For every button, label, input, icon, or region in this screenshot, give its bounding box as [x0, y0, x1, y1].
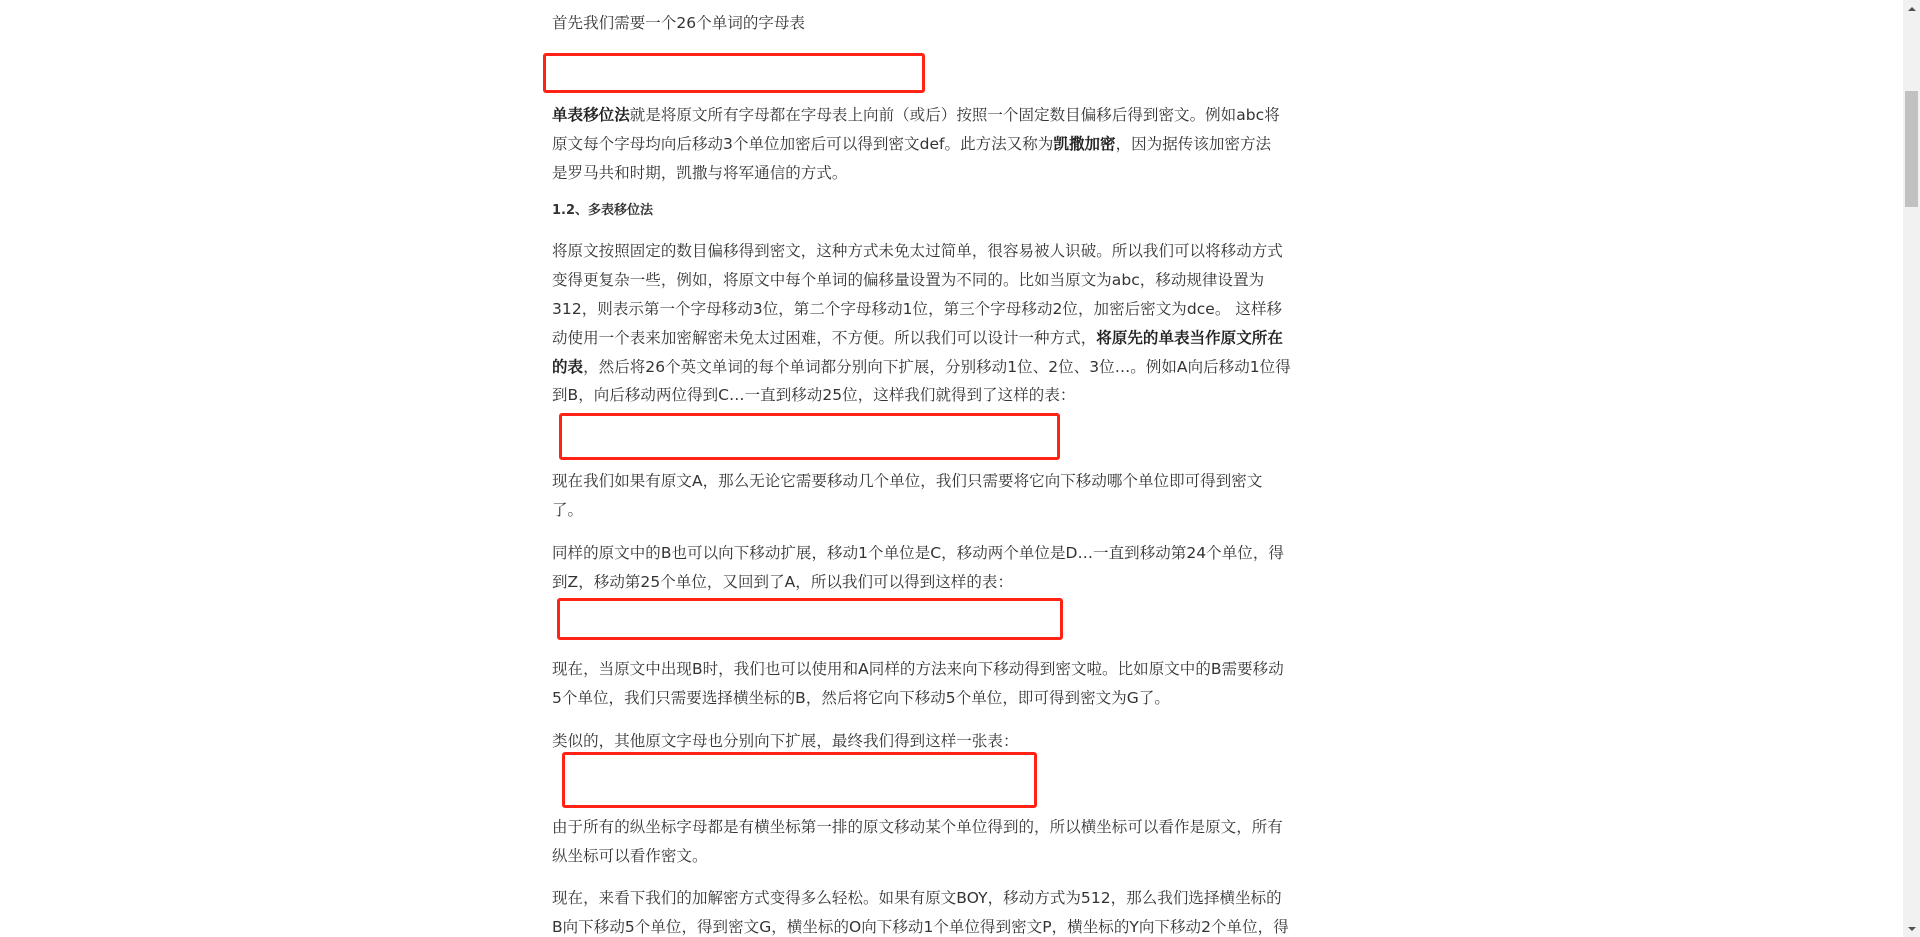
- image-placeholder-full-table: [562, 752, 1037, 808]
- paragraph-line: 现在，当原文中出现B时，我们也可以使用和A同样的方法来向下移动得到密文啦。比如原…: [552, 659, 1352, 679]
- vertical-scrollbar[interactable]: [1903, 0, 1920, 937]
- paragraph-line: 变得更复杂一些，例如，将原文中每个单词的偏移量设置为不同的。比如当原文为abc，…: [552, 270, 1352, 290]
- paragraph-line: 现在，来看下我们的加解密方式变得多么轻松。如果有原文BOY，移动方式为512，那…: [552, 888, 1352, 908]
- paragraph-line: 动使用一个表来加密解密未免太过困难，不方便。所以我们可以设计一种方式，将原先的单…: [552, 328, 1352, 348]
- paragraph-line: 纵坐标可以看作密文。: [552, 846, 1352, 866]
- paragraph-line: 312，则表示第一个字母移动3位，第二个字母移动1位，第三个字母移动2位，加密后…: [552, 299, 1352, 319]
- arrow-down-icon: [1908, 927, 1916, 931]
- section-heading: 1.2、多表移位法: [552, 202, 653, 220]
- paragraph-line: 单表移位法就是将原文所有字母都在字母表上向前（或后）按照一个固定数目偏移后得到密…: [552, 105, 1352, 125]
- paragraph-line: 的表，然后将26个英文单词的每个单词都分别向下扩展，分别移动1位、2位、3位…。…: [552, 357, 1352, 377]
- bold-term: 单表移位法: [552, 106, 630, 124]
- arrow-up-icon: [1908, 7, 1916, 11]
- bold-term: 将原先的单表当作原文所在: [1096, 329, 1283, 347]
- paragraph-line: 到B，向后移动两位得到C…一直到移动25位，这样我们就得到了这样的表：: [552, 385, 1352, 405]
- image-placeholder-table-b: [557, 598, 1063, 640]
- article-content: 首先我们需要一个26个单词的字母表 单表移位法就是将原文所有字母都在字母表上向前…: [0, 0, 1903, 937]
- paragraph-line: B向下移动5个单位，得到密文G，横坐标的O向下移动1个单位得到密文P，横坐标的Y…: [552, 917, 1352, 937]
- paragraph-line: 同样的原文中的B也可以向下移动扩展，移动1个单位是C，移动两个单位是D…一直到移…: [552, 543, 1352, 563]
- paragraph-line: 由于所有的纵坐标字母都是有横坐标第一排的原文移动某个单位得到的，所以横坐标可以看…: [552, 817, 1352, 837]
- paragraph-line: 将原文按照固定的数目偏移得到密文，这种方式未免太过简单，很容易被人识破。所以我们…: [552, 241, 1352, 261]
- paragraph-line: 到Z，移动第25个单位，又回到了A，所以我们可以得到这样的表：: [552, 572, 1352, 592]
- bold-term: 的表: [552, 358, 583, 376]
- paragraph-line: 是罗马共和时期，凯撒与将军通信的方式。: [552, 163, 1352, 183]
- paragraph-line: 类似的，其他原文字母也分别向下扩展，最终我们得到这样一张表：: [552, 731, 1352, 751]
- scrollbar-thumb[interactable]: [1905, 91, 1918, 207]
- intro-line: 首先我们需要一个26个单词的字母表: [552, 13, 1352, 33]
- paragraph-line: 现在我们如果有原文A，那么无论它需要移动几个单位，我们只需要将它向下移动哪个单位…: [552, 471, 1352, 491]
- paragraph-line: 了。: [552, 500, 1352, 520]
- image-placeholder-alphabet: [543, 53, 925, 93]
- image-placeholder-table-a: [559, 413, 1060, 460]
- paragraph-line: 5个单位，我们只需要选择横坐标的B，然后将它向下移动5个单位，即可得到密文为G了…: [552, 688, 1352, 708]
- scroll-up-button[interactable]: [1903, 0, 1920, 17]
- scroll-down-button[interactable]: [1903, 920, 1920, 937]
- paragraph-line: 原文每个字母均向后移动3个单位加密后可以得到密文def。此方法又称为凯撒加密，因…: [552, 134, 1352, 154]
- bold-term: 凯撒加密: [1053, 135, 1115, 153]
